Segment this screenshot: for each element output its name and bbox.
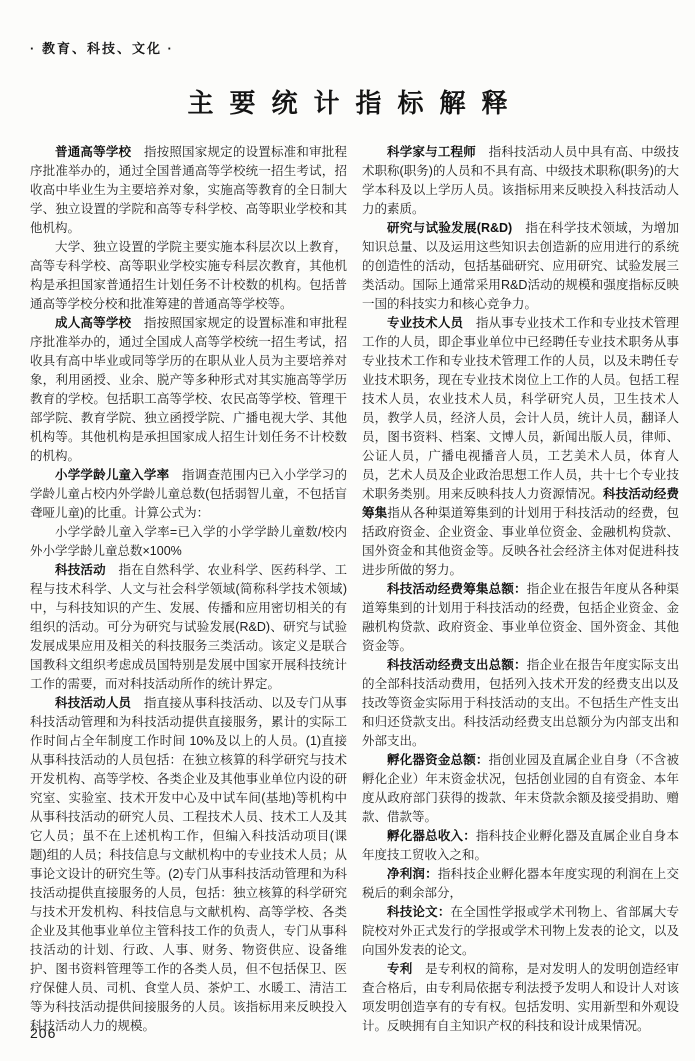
indicator-term: 科技活动人员: [55, 696, 144, 710]
page-title: 主要统计指标解释: [0, 83, 695, 120]
page-number: 206: [30, 1025, 56, 1041]
definition-paragraph: 成人高等学校 指按照国家规定的设置标准和审批程序批准举办的，通过全国成人高等学校…: [30, 314, 347, 466]
definition-paragraph: 专业技术人员 指从事专业技术工作和专业技术管理工作的人员，即企事业单位中已经聘任…: [362, 314, 679, 580]
indicator-term: 专利: [387, 962, 425, 976]
definition-paragraph: 科学家与工程师 指科技活动人员中具有高、中级技术职称(职务)的人员和不具有高、中…: [362, 143, 679, 219]
definition-text: 大学、独立设置的学院主要实施本科层次以上教育，高等专科学校、高等职业学校实施专科…: [30, 240, 347, 311]
definition-paragraph: 科技活动 指在自然科学、农业科学、医药科学、工程与技术科学、人文与社会科学领域(…: [30, 561, 347, 694]
indicator-term: 科技活动: [55, 563, 119, 577]
formula-paragraph: 小学学龄儿童入学率=已入学的小学学龄儿童数/校内外小学学龄儿童总数×100%: [30, 523, 347, 561]
definition-text: 指从事专业技术工作和专业技术管理工作的人员，即企事业单位中已经聘任专业技术职务从…: [362, 316, 679, 501]
indicator-term: 科技活动经费筹集总额：: [387, 582, 527, 596]
formula-text: 小学学龄儿童入学率=已入学的小学学龄儿童数/校内外小学学龄儿童总数×100%: [30, 525, 347, 558]
definition-paragraph: 科技活动人员 指直接从事科技活动、以及专门从事科技活动管理和为科技活动提供直接服…: [30, 694, 347, 1036]
definition-text: 指从各种渠道筹集到的计划用于科技活动的经费，包括政府资金、企业资金、事业单位资金…: [362, 506, 679, 577]
definition-paragraph: 孵化器总收入：指科技企业孵化器及直属企业自身本年度技工贸收入之和。: [362, 827, 679, 865]
indicator-term: 孵化器资金总额：: [387, 753, 489, 767]
definition-text: 指直接从事科技活动、以及专门从事科技活动管理和为科技活动提供直接服务，累计的实际…: [30, 696, 347, 1033]
indicator-term: 专业技术人员: [387, 316, 476, 330]
right-column: 科学家与工程师 指科技活动人员中具有高、中级技术职称(职务)的人员和不具有高、中…: [362, 143, 679, 1036]
definition-paragraph: 普通高等学校 指按照国家规定的设置标准和审批程序批准举办的，通过全国普通高等学校…: [30, 143, 347, 238]
text-columns: 普通高等学校 指按照国家规定的设置标准和审批程序批准举办的，通过全国普通高等学校…: [30, 143, 679, 1036]
definition-paragraph: 科技活动经费筹集总额：指企业在报告年度从各种渠道筹集到的计划用于科技活动的经费，…: [362, 580, 679, 656]
left-column: 普通高等学校 指按照国家规定的设置标准和审批程序批准举办的，通过全国普通高等学校…: [30, 143, 347, 1036]
section-label: · 教育、科技、文化 ·: [30, 38, 174, 57]
indicator-term: 科学家与工程师: [387, 145, 489, 159]
indicator-term: 成人高等学校: [55, 316, 144, 330]
definition-paragraph: 孵化器资金总额：指创业园及直属企业自身（不含被孵化企业）年末资金状况，包括创业园…: [362, 751, 679, 827]
definition-text: 指按照国家规定的设置标准和审批程序批准举办的，通过全国成人高等学校统一招生考试，…: [30, 316, 347, 463]
definition-text: 指在自然科学、农业科学、医药科学、工程与技术科学、人文与社会科学领域(简称科学技…: [30, 563, 347, 691]
definition-paragraph: 净利润：指科技企业孵化器本年度实现的利润在上交税后的剩余部分，: [362, 865, 679, 903]
definition-paragraph: 研究与试验发展(R&D) 指在科学技术领域，为增加知识总量、以及运用这些知识去创…: [362, 219, 679, 314]
indicator-term: 研究与试验发展(R&D): [387, 221, 525, 235]
definition-paragraph: 小学学龄儿童入学率 指调查范围内已入小学学习的学龄儿童占校内外学龄儿童总数(包括…: [30, 466, 347, 523]
indicator-term: 孵化器总收入：: [387, 829, 476, 843]
document-page: · 教育、科技、文化 · 主要统计指标解释 普通高等学校 指按照国家规定的设置标…: [0, 0, 695, 1061]
indicator-term: 净利润：: [387, 867, 438, 881]
indicator-term: 小学学龄儿童入学率: [55, 468, 182, 482]
definition-paragraph: 专利 是专利权的简称，是对发明人的发明创造经审查合格后，由专利局依据专利法授予发…: [362, 960, 679, 1036]
definition-paragraph: 科技活动经费支出总额：指企业在报告年度实际支出的全部科技活动费用，包括列入技术开…: [362, 656, 679, 751]
definition-paragraph: 科技论文：在全国性学报或学术刊物上、省部属大专院校对外正式发行的学报或学术刊物上…: [362, 903, 679, 960]
indicator-term: 科技活动经费支出总额：: [387, 658, 527, 672]
indicator-term: 普通高等学校: [55, 145, 144, 159]
indicator-term: 科技论文：: [387, 905, 451, 919]
definition-paragraph: 大学、独立设置的学院主要实施本科层次以上教育，高等专科学校、高等职业学校实施专科…: [30, 238, 347, 314]
